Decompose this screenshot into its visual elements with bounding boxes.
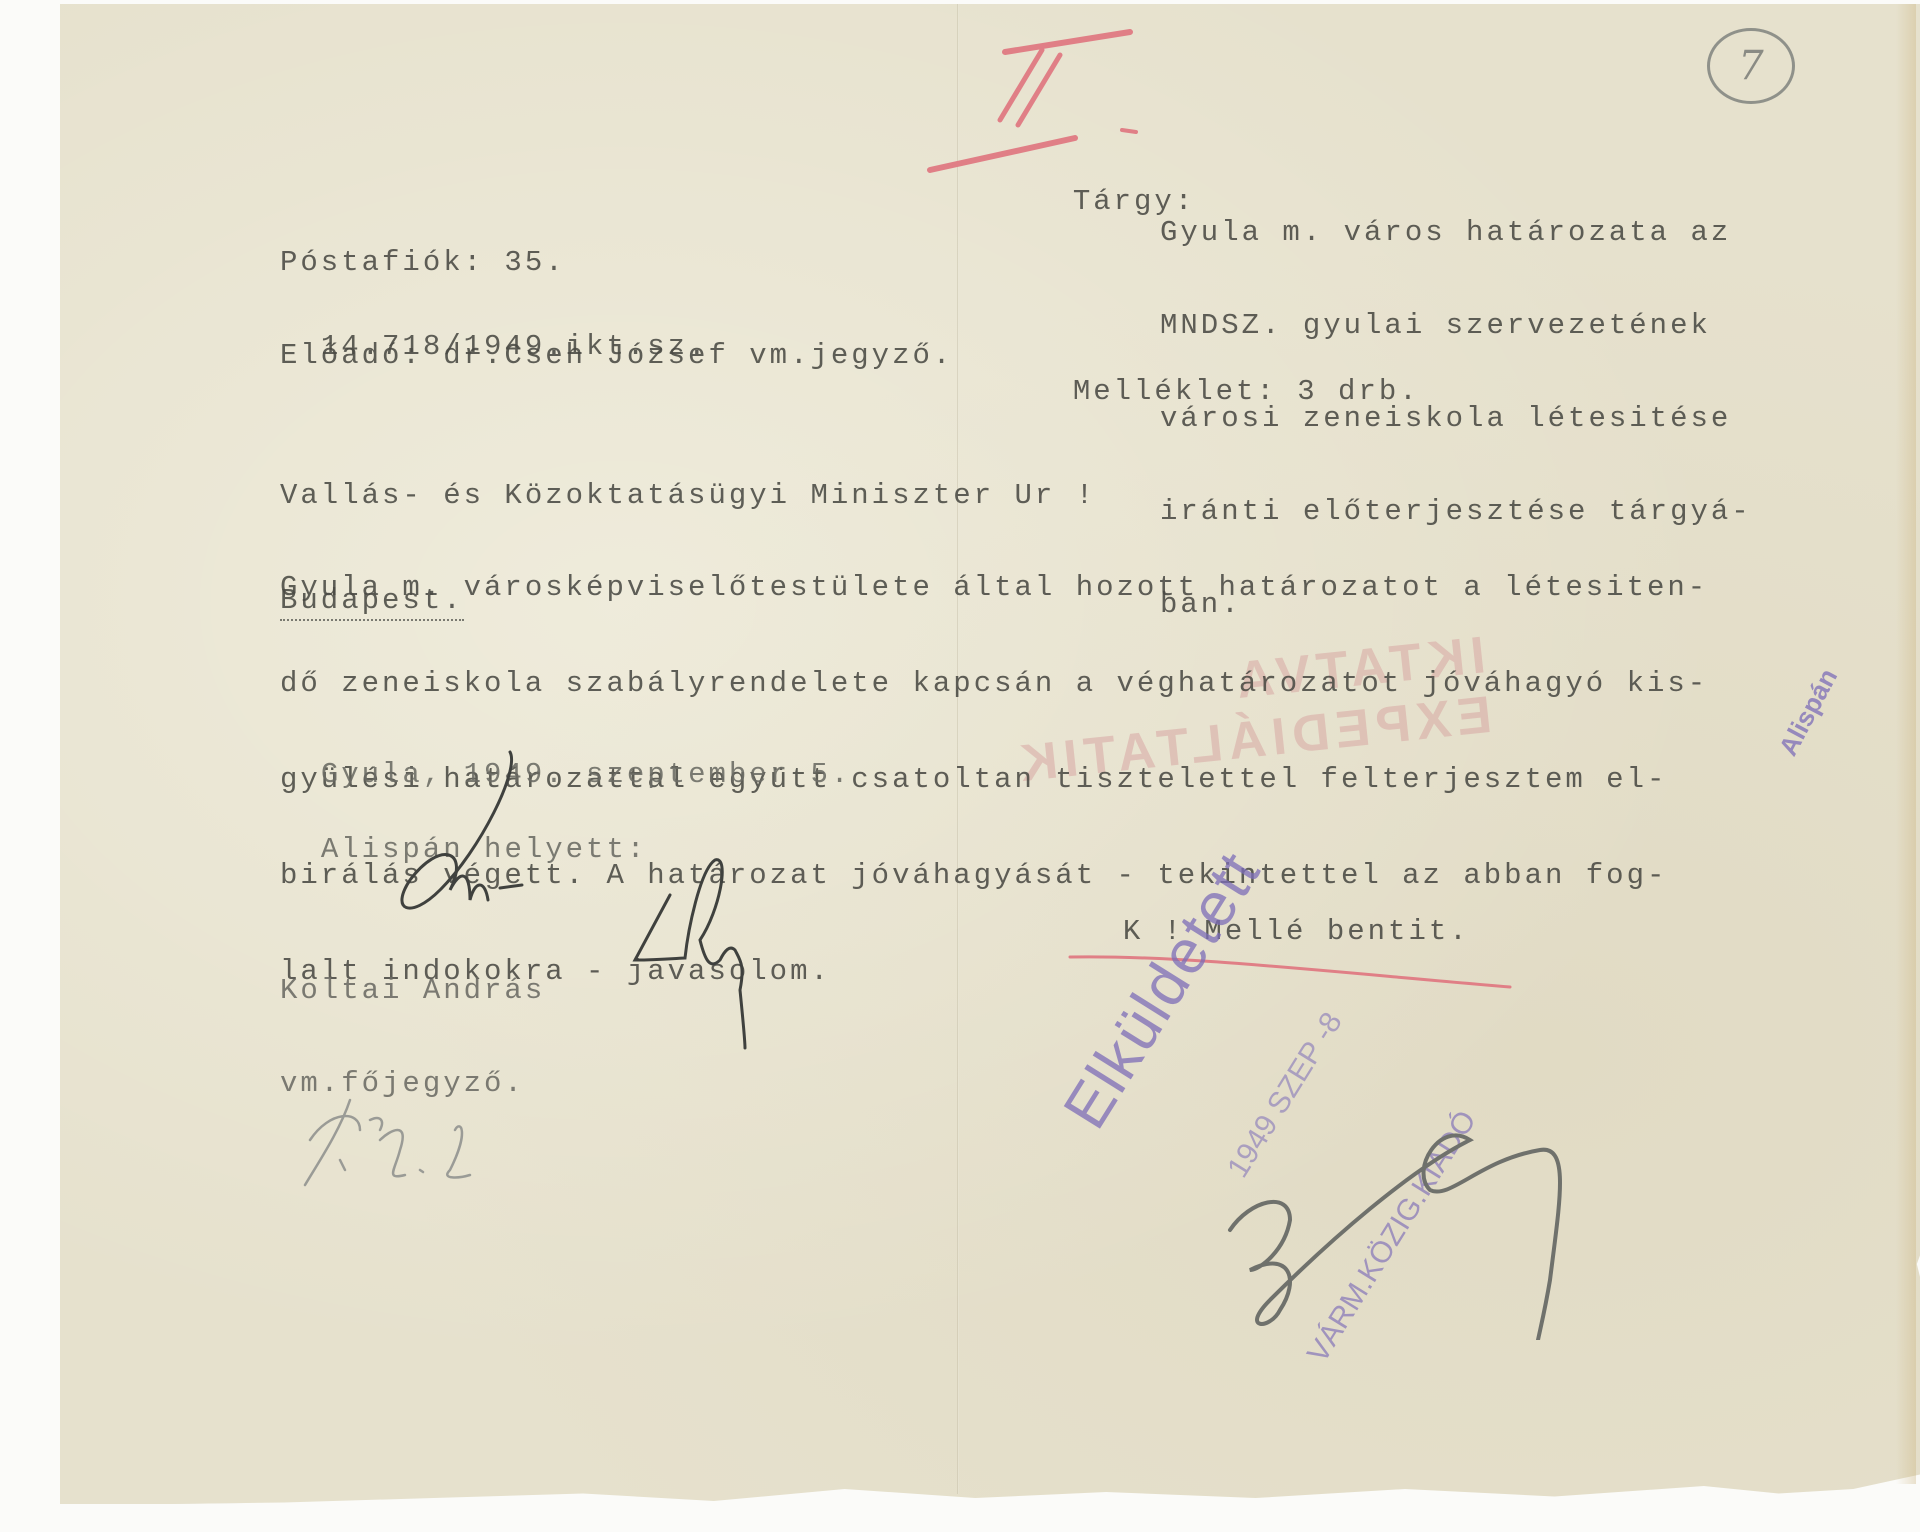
page-number: 7: [1738, 43, 1763, 89]
pencil-initials-icon: [290, 1090, 490, 1200]
subject-line: Gyula m. város határozata az: [1160, 217, 1752, 248]
attachment-line: Melléklet: 3 drb.: [1032, 345, 1420, 407]
postbox-line: Póstafiók: 35.: [280, 247, 953, 278]
addressee-title: Vallás- és Közoktatásügyi Miniszter Ur !: [280, 480, 1096, 511]
signatory-name: Koltai András: [280, 975, 545, 1006]
header-left: Póstafiók: 35. Előadó: dr.Cseh József vm…: [280, 185, 953, 402]
paper-edge-stain: [1896, 4, 1916, 1484]
attachment-text: Melléklet: 3 drb.: [1073, 375, 1420, 408]
second-signature-icon: [630, 850, 790, 1050]
circled-page-number: 7: [1707, 28, 1795, 104]
body-line: dő zeneiskola szabályrendelete kapcsán a…: [280, 668, 1708, 700]
note-right: K ! Mellé bentit.: [1082, 885, 1470, 947]
reference-number-text: 14.718/1949.ikt.sz.: [321, 330, 709, 363]
date-line: Gyula, 1949. szeptember 5.: [280, 728, 851, 790]
subject-line: MNDSZ. gyulai szervezetének: [1160, 310, 1752, 341]
pencil-number-scrawl-icon: [1210, 1080, 1590, 1340]
handwritten-signature-icon: [370, 740, 550, 940]
body-line: Gyula m. városképviselőtestülete által h…: [280, 572, 1708, 604]
reference-number: 14.718/1949.ikt.sz.: [280, 300, 708, 362]
